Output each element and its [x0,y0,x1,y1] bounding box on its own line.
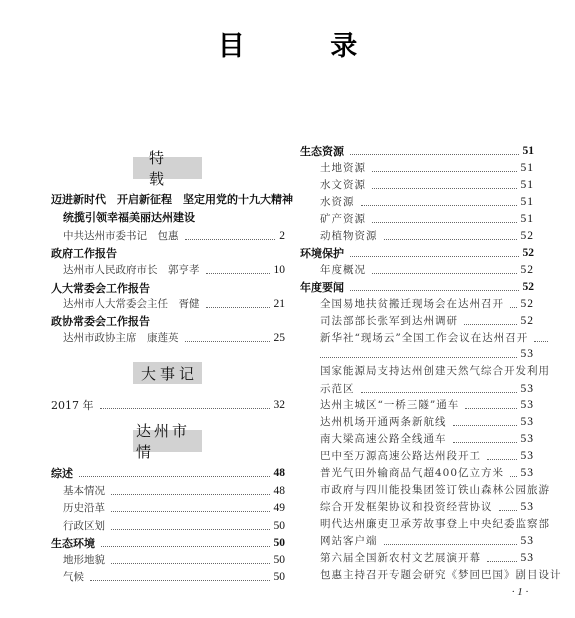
leader-dots [510,306,517,308]
toc-label: 综合开发框架协议和投资经营协议 [320,499,493,516]
leader-dots [90,579,270,581]
toc-left-column: 迈进新时代 开启新征程 坚定用党的十九大精神 统揽引领幸福美丽达州建设 中共达州… [51,0,285,618]
toc-label: 环境保护 [300,245,344,262]
toc-page-number: 51 [521,160,535,177]
leader-dots [111,510,270,512]
toc-label: 示范区 [320,381,355,398]
toc-entry-tudi-ziyuan[interactable]: 土地资源 51 [300,160,534,177]
toc-entry-cppcc-report[interactable]: 政协常委会工作报告 [51,313,285,330]
leader-dots [206,306,270,308]
toc-label: 国家能源局支持达州创建天然气综合开发利用 [320,363,550,380]
toc-page-number: 53 [521,533,535,550]
toc-page-number: 53 [521,381,535,398]
toc-entry-nengyuanju[interactable]: 国家能源局支持达州创建天然气综合开发利用 [300,363,534,380]
toc-page-number: 51 [521,211,535,228]
leader-dots [320,356,517,358]
leader-dots [361,204,517,206]
leader-dots [350,289,519,291]
toc-entry-npc-report[interactable]: 人大常委会工作报告 [51,280,285,297]
toc-label: 年度要闻 [300,279,344,296]
toc-page-number: 48 [274,465,286,482]
toc-entry-puguang-qitian[interactable]: 普光气田外输商品气超400亿立方米 53 [300,465,534,482]
toc-label: 生态环境 [51,535,95,552]
toc-label: 历史沿革 [63,500,105,517]
leader-dots [372,170,517,172]
toc-entry-nengtou-xieyi[interactable]: 市政府与四川能投集团签订铁山森林公园旅游 [300,482,534,499]
toc-page-number: 52 [521,262,535,279]
leader-dots [111,562,270,564]
toc-label: 矿产资源 [320,211,366,228]
leader-dots [79,475,270,477]
toc-page-number: 50 [274,569,286,586]
toc-entry-xingzheng-quhua[interactable]: 行政区划 50 [51,518,285,535]
toc-entry-weichengfang-continuation[interactable]: 网站客户端 53 [300,533,534,550]
toc-page-number: 52 [521,296,535,313]
toc-page-number: 51 [523,143,535,160]
page-folio: · 1 · [500,586,540,598]
toc-page-number: 53 [521,414,535,431]
toc-page-number: 21 [274,296,286,313]
toc-entry-jichang-hangxian[interactable]: 达州机场开通两条新航线 53 [300,414,534,431]
toc-entry-kuangchan-ziyuan[interactable]: 矿产资源 51 [300,211,534,228]
toc-entry-xinhuashe-xianchangyun[interactable]: 新华社“现场云”全国工作会议在达州召开 [300,330,534,347]
leader-dots [185,340,270,342]
toc-label: 达州市人民政府市长 郭亨孝 [63,262,200,279]
toc-label: 土地资源 [320,160,366,177]
toc-page-number: 32 [274,397,286,414]
toc-label: 2017 年 [51,397,94,414]
toc-entry-nandaliang-gaosu[interactable]: 南大梁高速公路全线通车 53 [300,431,534,448]
toc-label: 新华社“现场云”全国工作会议在达州召开 [320,330,528,347]
toc-entry-gov-report[interactable]: 政府工作报告 [51,245,285,262]
toc-entry-cppcc-report-author[interactable]: 达州市政协主席 康莲英 25 [51,330,285,347]
leader-dots [372,221,517,223]
leader-dots [487,458,517,460]
toc-entry-lishi-yange[interactable]: 历史沿革 49 [51,500,285,517]
toc-label: 生态资源 [300,143,344,160]
toc-page-number: 53 [521,346,535,363]
toc-label: 全国易地扶贫搬迁现场会在达州召开 [320,296,504,313]
toc-entry-xinhuashe-continuation[interactable]: 53 [300,346,534,363]
toc-entry-qihou[interactable]: 气候 50 [51,569,285,586]
toc-label: 地形地貌 [63,552,105,569]
toc-entry-bawan-gaosu[interactable]: 巴中至万源高速公路达州段开工 53 [300,448,534,465]
leader-dots [464,323,517,325]
toc-label: 普光气田外输商品气超400亿立方米 [320,465,504,482]
toc-entry-zongshu[interactable]: 综述 48 [51,465,285,482]
leader-dots [100,407,270,409]
leader-dots [384,543,517,545]
toc-label: 综述 [51,465,73,482]
toc-label: 水文资源 [320,177,366,194]
toc-page-number: 50 [274,552,286,569]
toc-label: 网站客户端 [320,533,378,550]
toc-entry-feature-author[interactable]: 中共达州市委书记 包惠 2 [51,228,285,245]
leader-dots [384,238,517,240]
toc-label: 迈进新时代 开启新征程 坚定用党的十九大精神 [51,191,293,208]
toc-label: 包惠主持召开专题会研究《梦回巴国》剧目设计 [320,567,562,584]
toc-label: 达州主城区“一桥三隧”通车 [320,397,459,414]
toc-entry-shui-ziyuan[interactable]: 水资源 51 [300,194,534,211]
toc-page-number: 53 [521,448,535,465]
toc-page-number: 49 [274,500,286,517]
toc-page-number: 53 [521,465,535,482]
toc-page-number: 52 [521,313,535,330]
toc-entry-xinnongcun-wenyi[interactable]: 第六届全国新农村文艺展演开幕 53 [300,550,534,567]
leader-dots [453,424,517,426]
toc-entry-2017[interactable]: 2017 年 32 [51,397,285,414]
toc-label: 人大常委会工作报告 [51,280,150,297]
leader-dots [487,560,517,562]
toc-label: 基本情况 [63,483,105,500]
toc-label: 南大梁高速公路全线通车 [320,431,447,448]
toc-entry-gov-report-author[interactable]: 达州市人民政府市长 郭亨孝 10 [51,262,285,279]
toc-entry-nengyuanju-continuation[interactable]: 示范区 53 [300,381,534,398]
leader-dots [101,545,270,547]
toc-label: 动植物资源 [320,228,378,245]
leader-dots [499,509,517,511]
leader-dots [534,340,548,342]
toc-page-number: 48 [274,483,286,500]
toc-label: 行政区划 [63,518,105,535]
toc-label: 达州市政协主席 康莲英 [63,330,179,347]
toc-entry-nengtou-xieyi-continuation[interactable]: 综合开发框架协议和投资经营协议 53 [300,499,534,516]
toc-label: 达州市人大常委会主任 胥健 [63,296,200,313]
toc-entry-shengtai-ziyuan[interactable]: 生态资源 51 [300,143,534,160]
leader-dots [453,441,517,443]
toc-entry-dongzhiwu-ziyuan[interactable]: 动植物资源 52 [300,228,534,245]
leader-dots [372,272,517,274]
leader-dots [510,475,516,477]
toc-entry-niandu-yaowen[interactable]: 年度要闻 52 [300,279,534,296]
toc-entry-weichengfang[interactable]: 明代达州廉吏卫承芳故事登上中央纪委监察部 [300,516,534,533]
leader-dots [111,528,270,530]
toc-page-number: 2 [279,228,285,245]
toc-page-number: 50 [274,535,286,552]
toc-entry-feature-title-line1[interactable]: 迈进新时代 开启新征程 坚定用党的十九大精神 [51,191,285,208]
leader-dots [350,255,519,257]
leader-dots [111,493,270,495]
leader-dots [350,153,519,155]
toc-page-number: 53 [521,397,535,414]
toc-label: 巴中至万源高速公路达州段开工 [320,448,481,465]
toc-page-number: 53 [521,550,535,567]
toc-entry-menghui-baguo[interactable]: 包惠主持召开专题会研究《梦回巴国》剧目设计 [300,567,534,584]
toc-entry-sifabu-diaoyan[interactable]: 司法部部长张军到达州调研 52 [300,313,534,330]
toc-label: 统揽引领幸福美丽达州建设 [63,209,195,226]
toc-label: 水资源 [320,194,355,211]
toc-label: 市政府与四川能投集团签订铁山森林公园旅游 [320,482,550,499]
leader-dots [372,187,517,189]
toc-right-column: 生态资源 51 土地资源 51 水文资源 51 水资源 51 矿产资源 51 动… [300,0,534,618]
toc-page-number: 25 [274,330,286,347]
toc-label: 中共达州市委书记 包惠 [63,228,179,245]
leader-dots [465,407,516,409]
toc-page-number: 53 [521,431,535,448]
toc-entry-huanjing-baohu[interactable]: 环境保护 52 [300,245,534,262]
toc-label: 明代达州廉吏卫承芳故事登上中央纪委监察部 [320,516,550,533]
leader-dots [185,238,276,240]
leader-dots [361,391,517,393]
toc-label: 司法部部长张军到达州调研 [320,313,458,330]
toc-page-number: 10 [274,262,286,279]
toc-page-number: 53 [521,499,535,516]
toc-entry-dixing-dimao[interactable]: 地形地貌 50 [51,552,285,569]
toc-page-number: 52 [523,279,535,296]
toc-entry-shengtai-huanjing[interactable]: 生态环境 50 [51,535,285,552]
toc-page-number: 50 [274,518,286,535]
toc-entry-yiqiao-sansui[interactable]: 达州主城区“一桥三隧”通车 53 [300,397,534,414]
toc-label: 政府工作报告 [51,245,117,262]
toc-label: 气候 [63,569,84,586]
toc-label: 第六届全国新农村文艺展演开幕 [320,550,481,567]
toc-label: 达州机场开通两条新航线 [320,414,447,431]
toc-entry-niandu-gaikuang[interactable]: 年度概况 52 [300,262,534,279]
toc-entry-npc-report-author[interactable]: 达州市人大常委会主任 胥健 21 [51,296,285,313]
toc-entry-feature-title-line2[interactable]: 统揽引领幸福美丽达州建设 [51,209,285,226]
toc-label: 年度概况 [320,262,366,279]
toc-page-number: 51 [521,194,535,211]
toc-page-number: 52 [521,228,535,245]
toc-entry-jiben-qingkuang[interactable]: 基本情况 48 [51,483,285,500]
toc-label: 政协常委会工作报告 [51,313,150,330]
toc-page-number: 52 [523,245,535,262]
leader-dots [206,272,270,274]
toc-page-number: 51 [521,177,535,194]
toc-entry-shuiwen-ziyuan[interactable]: 水文资源 51 [300,177,534,194]
toc-entry-yidi-fupin[interactable]: 全国易地扶贫搬迁现场会在达州召开 52 [300,296,534,313]
